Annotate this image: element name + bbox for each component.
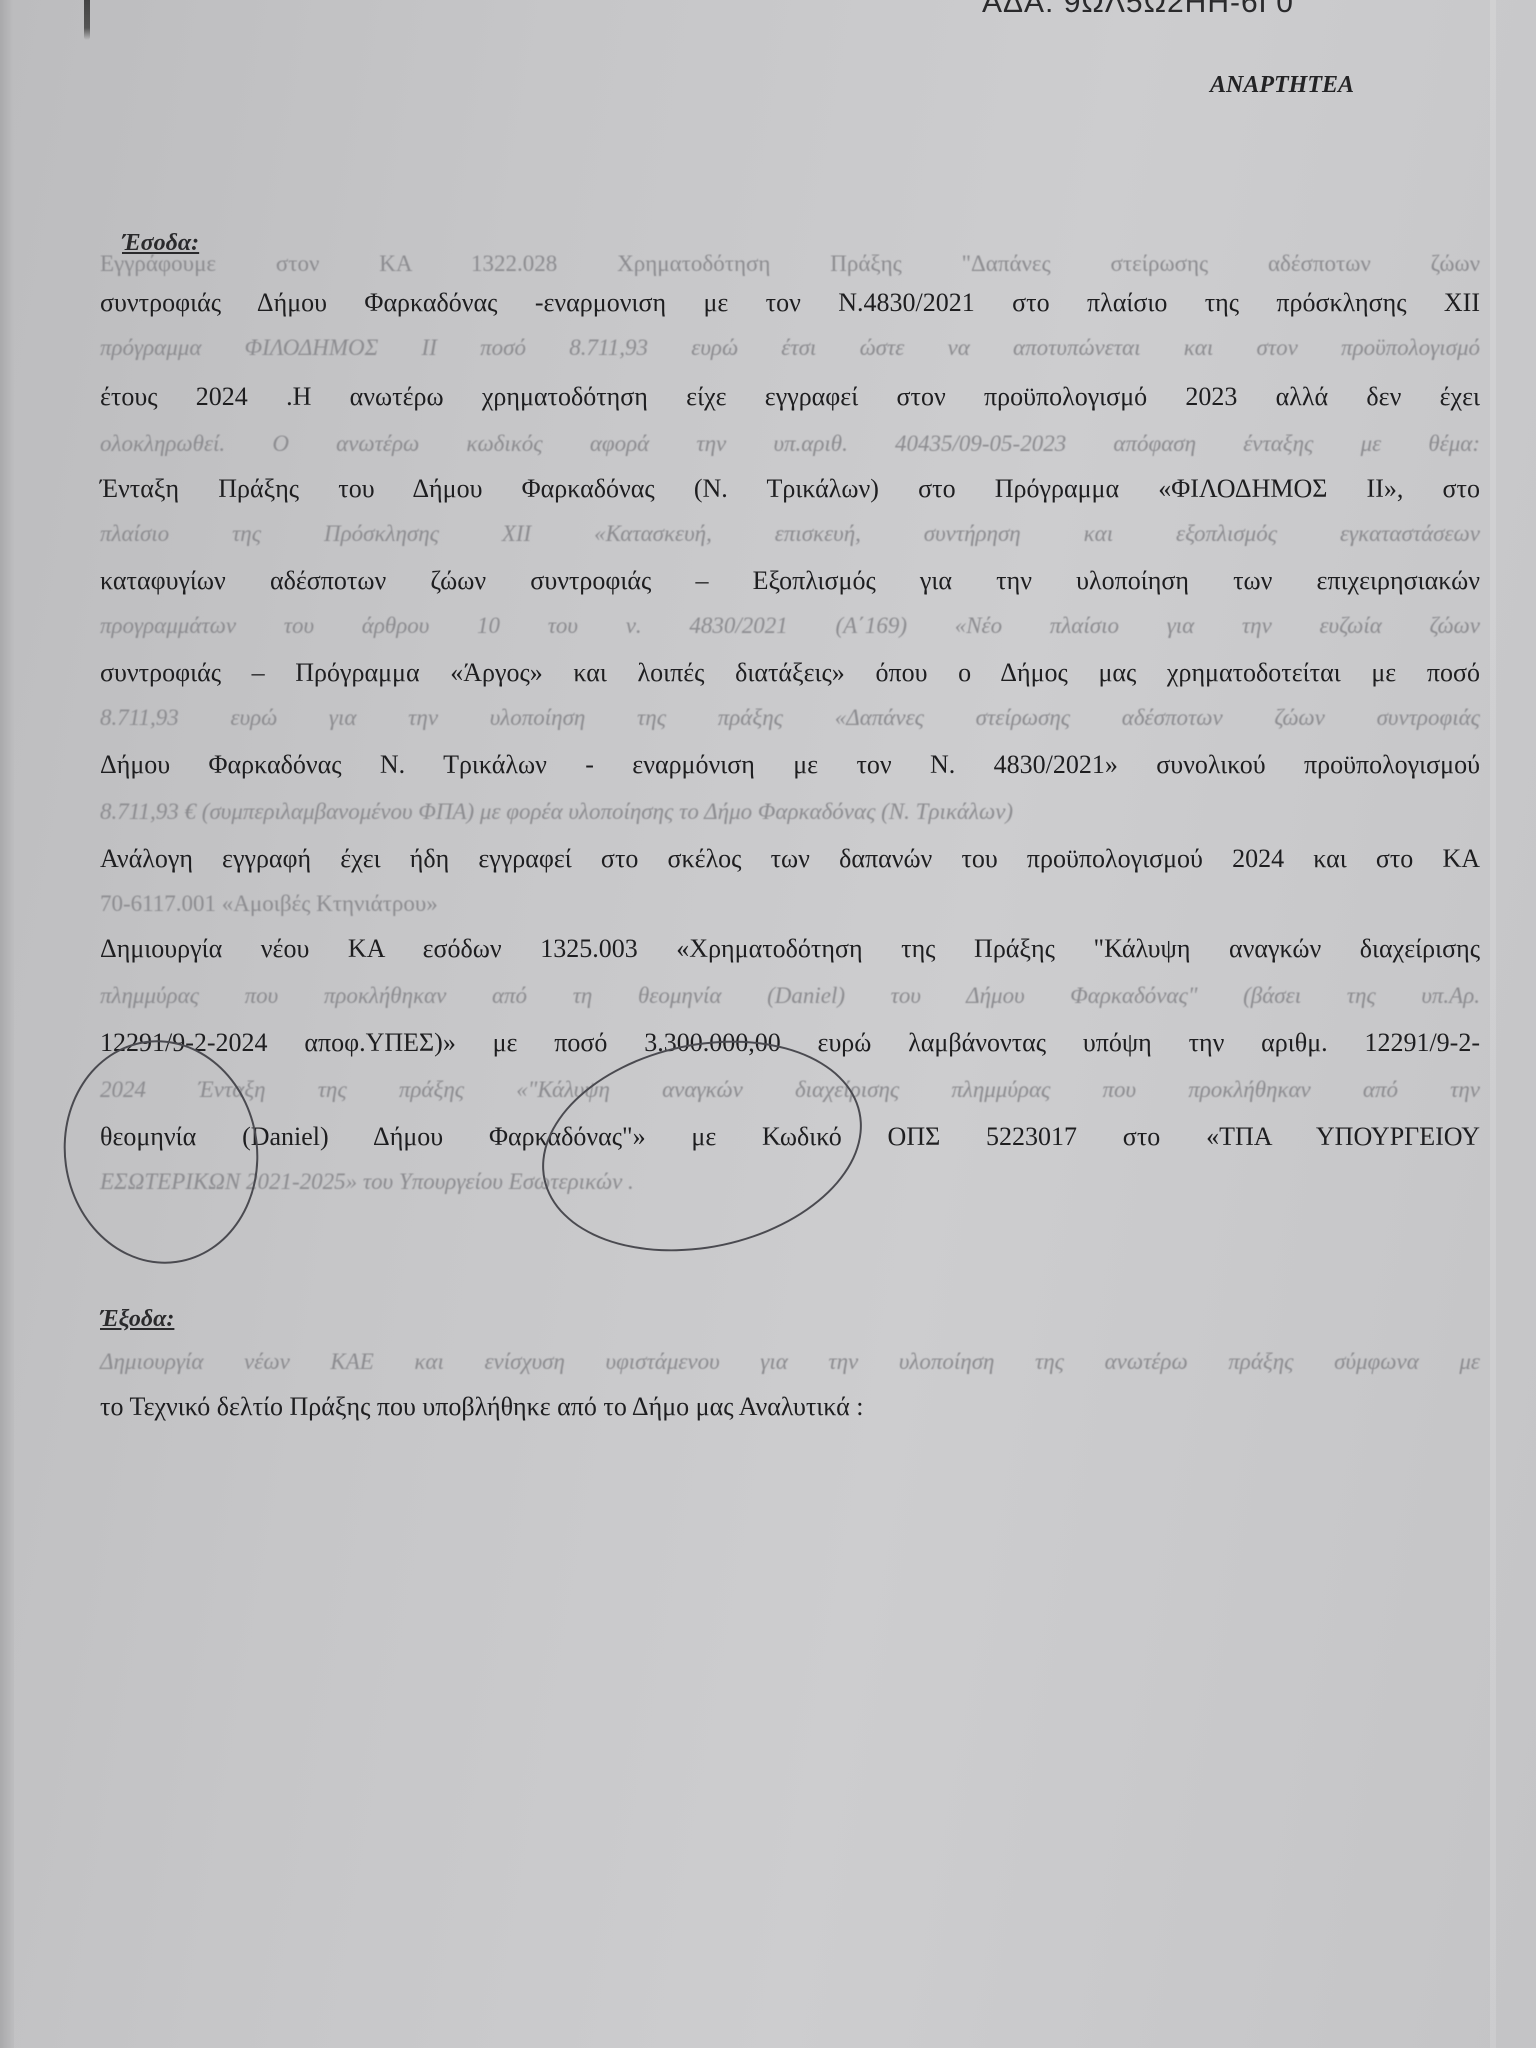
revenue-line: 2024 Ένταξη της πράξης «"Κάλυψη αναγκών … [100,1078,1480,1101]
expenses-line: το Τεχνικό δελτίο Πράξης που υποβλήθηκε … [100,1394,864,1420]
ada-code: ΑΔΑ: 9ΩΛ5Ω2ΗΗ-6Γ0 [982,0,1294,20]
revenue-line: πλημμύρας που προκλήθηκαν από τη θεομηνί… [100,984,1480,1007]
revenue-line: πρόγραμμα ΦΙΛΟΔΗΜΟΣ ΙΙ ποσό 8.711,93 ευρ… [100,336,1480,359]
staple-mark [84,0,90,40]
revenue-line: Εγγράφουμε στον ΚΑ 1322.028 Χρηματοδότησ… [100,252,1480,275]
revenue-line: Ένταξη Πράξης του Δήμου Φαρκαδόνας (Ν. Τ… [100,476,1480,502]
revenue-line: 8.711,93 ευρώ για την υλοποίηση της πράξ… [100,706,1480,729]
revenue-line: πλαίσιο της Πρόσκλησης XII «Κατασκευή, ε… [100,522,1480,545]
revenue-line: 70-6117.001 «Αμοιβές Κτηνιάτρου» [100,892,438,915]
revenue-line: 8.711,93 € (συμπεριλαμβανομένου ΦΠΑ) με … [100,800,1013,823]
page-right-edge [1490,0,1496,2048]
revenue-line: 12291/9-2-2024 αποφ.ΥΠΕΣ)» με ποσό 3.300… [100,1030,1480,1056]
revenue-line: έτους 2024 .Η ανωτέρω χρηματοδότηση είχε… [100,384,1480,410]
revenue-line: συντροφιάς – Πρόγραμμα «Άργος» και λοιπέ… [100,660,1480,686]
revenue-line: Δημιουργία νέου ΚΑ εσόδων 1325.003 «Χρημ… [100,936,1480,962]
revenue-line: καταφυγίων αδέσποτων ζώων συντροφιάς – Ε… [100,568,1480,594]
revenue-line: Ανάλογη εγγραφή έχει ήδη εγγραφεί στο σκ… [100,846,1480,872]
revenue-line: συντροφιάς Δήμου Φαρκαδόνας -εναρμονιση … [100,290,1480,316]
revenue-line: θεομηνία (Daniel) Δήμου Φαρκαδόνας"» με … [100,1124,1480,1150]
page-left-edge [0,0,14,2048]
revenue-line: Δήμου Φαρκαδόνας Ν. Τρικάλων - εναρμόνισ… [100,752,1480,778]
revenue-line: ολοκληρωθεί. Ο ανωτέρω κωδικός αφορά την… [100,432,1480,455]
revenue-line: προγραμμάτων του άρθρου 10 του ν. 4830/2… [100,614,1480,637]
pen-circle-left [49,1028,272,1277]
publish-stamp: ΑΝΑΡΤΗΤΕΑ [1210,72,1354,99]
expenses-line: Δημιουργία νέων ΚΑΕ και ενίσχυση υφιστάμ… [100,1350,1480,1373]
revenue-line: ΕΣΩΤΕΡΙΚΩΝ 2021-2025» του Υπουργείου Εσω… [100,1170,634,1193]
expenses-heading: Έξοδα: [100,1306,174,1333]
